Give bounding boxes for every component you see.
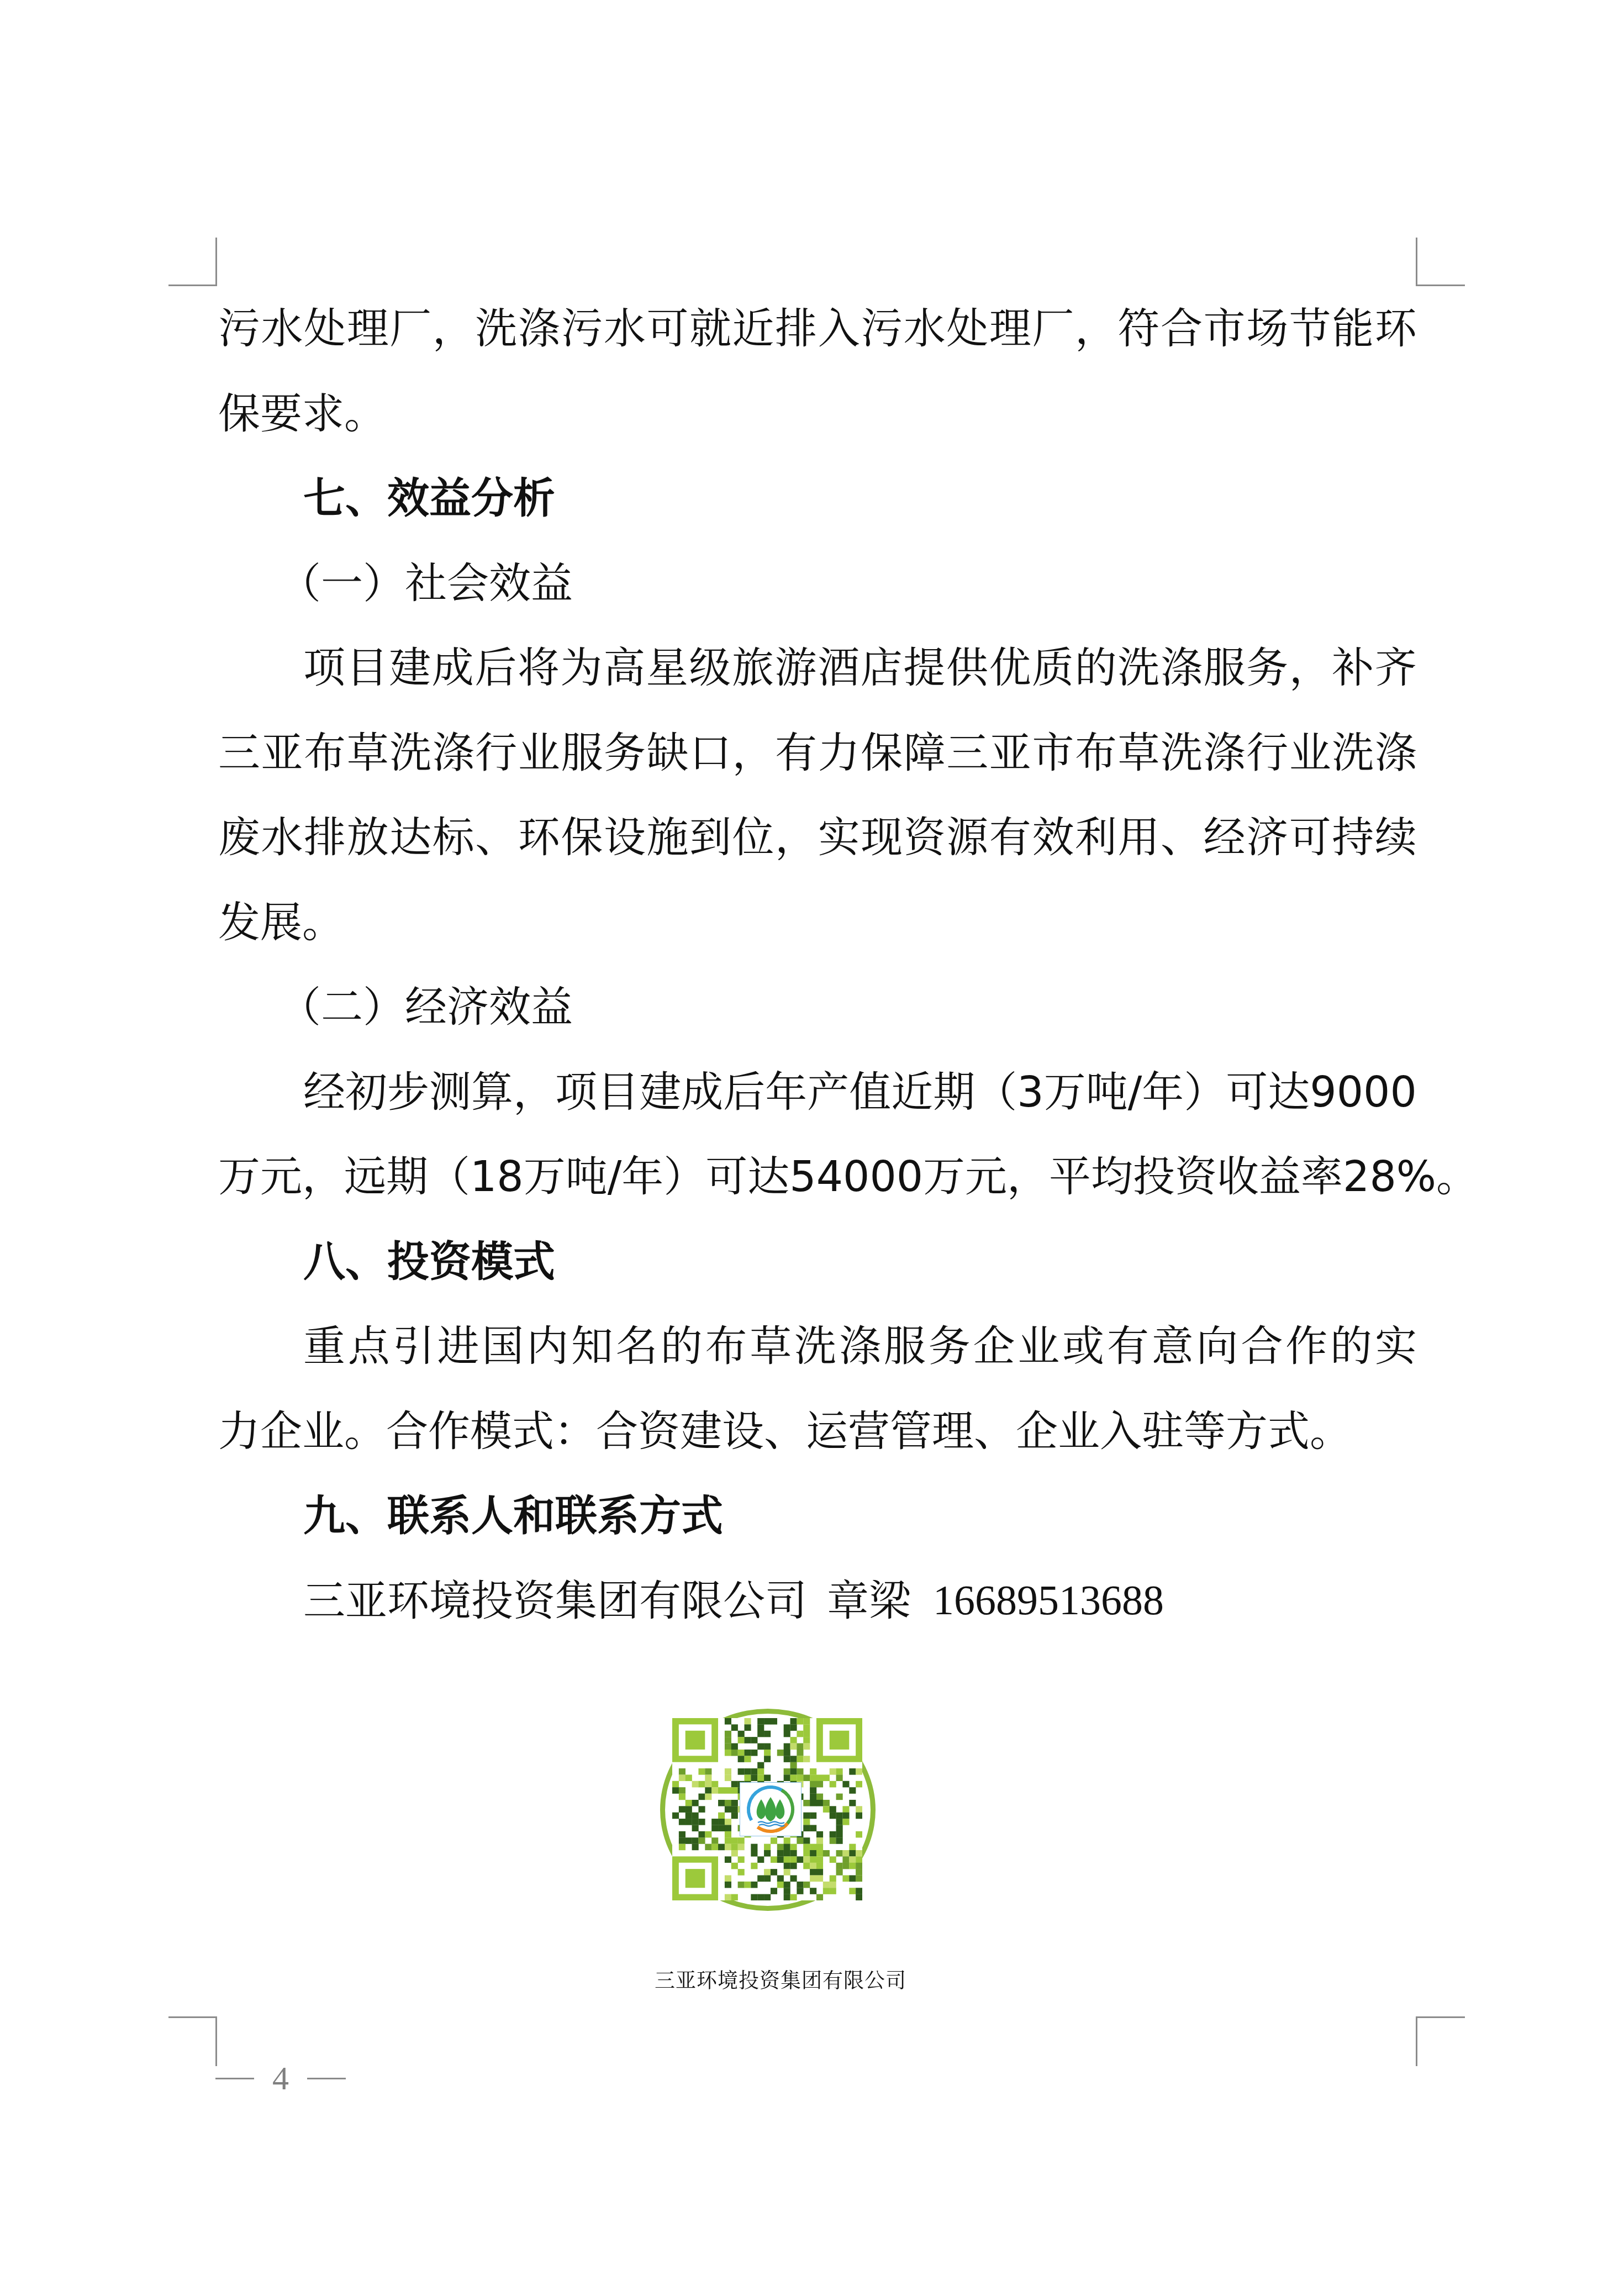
crop-mark-bottom-left bbox=[168, 2016, 217, 2066]
dash-right bbox=[307, 2078, 346, 2079]
paragraph-line: 三亚布草洗涤行业服务缺口，有力保障三亚市布草洗涤行业洗涤 bbox=[218, 710, 1417, 796]
company-logo-icon bbox=[740, 1782, 802, 1836]
contact-phone: 16689513688 bbox=[933, 1558, 1164, 1644]
paragraph-line: 经初步测算，项目建成后年产值近期（3万吨/年）可达9000 bbox=[218, 1050, 1417, 1135]
crop-mark-top-right bbox=[1416, 238, 1465, 286]
section-heading-investment-mode: 八、投资模式 bbox=[218, 1219, 1417, 1304]
section-heading-contact: 九、联系人和联系方式 bbox=[218, 1473, 1417, 1558]
qr-caption: 三亚环境投资集团有限公司 bbox=[653, 1964, 908, 1994]
paragraph-line: 重点引进国内知名的布草洗涤服务企业或有意向合作的实 bbox=[218, 1304, 1417, 1389]
dash-left bbox=[215, 2078, 254, 2079]
body-text: 污水处理厂，洗涤污水可就近排入污水处理厂，符合市场节能环 保要求。 七、效益分析… bbox=[218, 286, 1417, 1643]
qr-code bbox=[660, 1709, 880, 1913]
paragraph-line: 发展。 bbox=[218, 880, 1417, 965]
paragraph-line: 废水排放达标、环保设施到位，实现资源有效利用、经济可持续 bbox=[218, 795, 1417, 880]
contact-person: 章梁 bbox=[827, 1558, 911, 1644]
contact-company: 三亚环境投资集团有限公司 bbox=[303, 1558, 807, 1644]
paragraph-line: 保要求。 bbox=[218, 371, 1417, 456]
section-heading-benefit-analysis: 七、效益分析 bbox=[218, 456, 1417, 541]
spacer bbox=[807, 1558, 827, 1644]
document-page: 污水处理厂，洗涤污水可就近排入污水处理厂，符合市场节能环 保要求。 七、效益分析… bbox=[0, 0, 1624, 2286]
page-number: 4 bbox=[272, 2059, 289, 2098]
subsection-heading-social-benefit: （一）社会效益 bbox=[218, 541, 1417, 626]
paragraph-line: 万元，远期（18万吨/年）可达54000万元，平均投资收益率28%。 bbox=[218, 1134, 1417, 1219]
crop-mark-top-left bbox=[168, 238, 217, 286]
contact-line: 三亚环境投资集团有限公司 章梁 16689513688 bbox=[218, 1558, 1417, 1644]
paragraph-line: 项目建成后将为高星级旅游酒店提供优质的洗涤服务，补齐 bbox=[218, 625, 1417, 710]
page-footer: 4 bbox=[215, 2056, 346, 2100]
paragraph-line: 力企业。合作模式：合资建设、运营管理、企业入驻等方式。 bbox=[218, 1389, 1417, 1474]
subsection-heading-economic-benefit: （二）经济效益 bbox=[218, 965, 1417, 1050]
paragraph-line: 污水处理厂，洗涤污水可就近排入污水处理厂，符合市场节能环 bbox=[218, 286, 1417, 371]
crop-mark-bottom-right bbox=[1416, 2016, 1465, 2066]
